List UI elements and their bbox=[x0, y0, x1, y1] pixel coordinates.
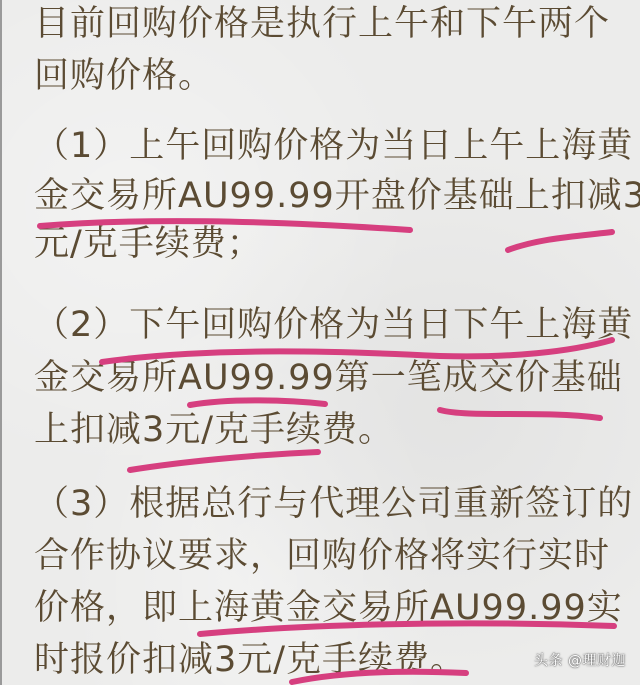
underline-item2-d bbox=[130, 452, 318, 470]
page-left-border bbox=[0, 0, 2, 685]
item-3-line-2: 合作协议要求，回购价格将实行实时 bbox=[34, 536, 610, 576]
item-2-line-1: （2）下午回购价格为当日下午上海黄 bbox=[34, 305, 633, 345]
underline-item1-b bbox=[508, 232, 612, 250]
item-2-line-2: 金交易所AU99.99第一笔成交价基础 bbox=[34, 358, 623, 398]
item-2-line-3: 上扣减3元/克手续费。 bbox=[34, 410, 394, 450]
intro-line-1: 目前回购价格是执行上午和下午两个 bbox=[34, 4, 610, 44]
item-3-line-3: 价格，即上海黄金交易所AU99.99实 bbox=[34, 588, 623, 628]
intro-line-2: 回购价格。 bbox=[34, 56, 214, 96]
item-1-line-2: 金交易所AU99.99开盘价基础上扣减3 bbox=[34, 176, 640, 216]
underline-item2-b bbox=[190, 400, 325, 405]
watermark-text: 头条 @理财迦 bbox=[534, 650, 626, 670]
item-3-line-4: 时报价扣减3元/克手续费。 bbox=[34, 640, 466, 680]
underline-item2-c bbox=[440, 410, 600, 418]
item-3-line-1: （3）根据总行与代理公司重新签订的 bbox=[34, 484, 633, 524]
item-1-line-1: （1）上午回购价格为当日上午上海黄 bbox=[34, 126, 633, 166]
item-1-line-3: 元/克手续费； bbox=[34, 224, 263, 264]
